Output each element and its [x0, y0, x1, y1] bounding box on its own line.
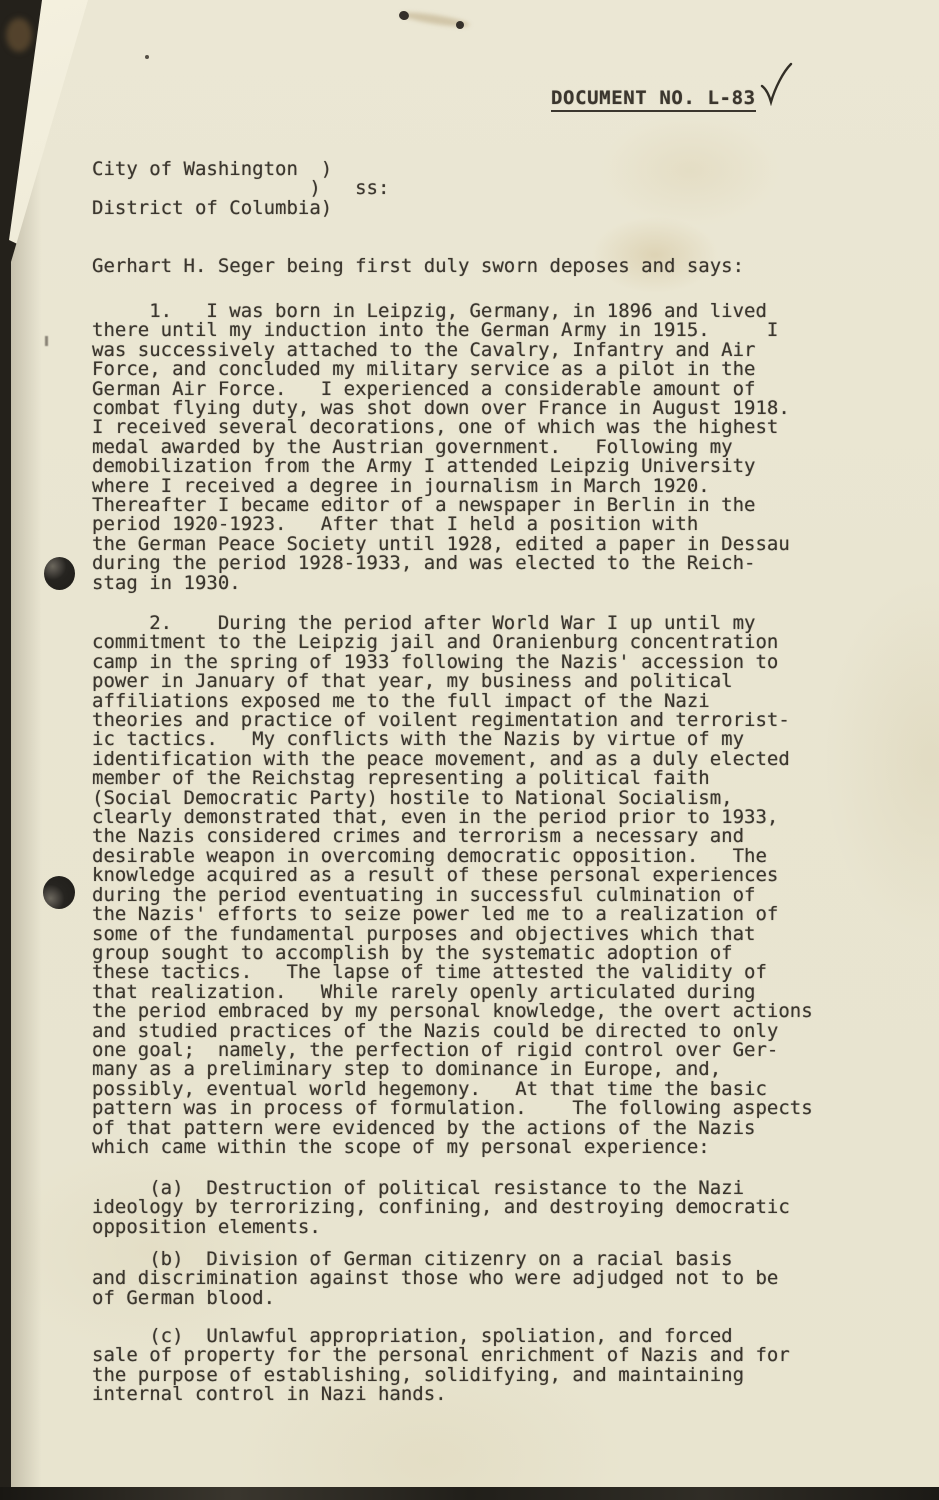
punch-hole-mark	[43, 876, 75, 909]
affidavit-paragraph-1: 1. I was born in Leipzig, Germany, in 18…	[92, 302, 790, 593]
affidavit-paragraph-b: (b) Division of German citizenry on a ra…	[92, 1250, 778, 1308]
affidavit-paragraph-c: (c) Unlawful appropriation, spoliation, …	[92, 1327, 790, 1405]
scan-bottom-edge	[0, 1487, 939, 1500]
checkmark-icon	[759, 62, 793, 106]
punch-hole-mark	[44, 557, 75, 590]
affidavit-paragraph-2: 2. During the period after World War I u…	[92, 614, 813, 1157]
document-number-heading: DOCUMENT NO. L-83	[551, 89, 756, 112]
deponent-intro-line: Gerhart H. Seger being first duly sworn …	[92, 257, 744, 276]
paper-sheet: DOCUMENT NO. L-83 City of Washington ) )…	[0, 0, 939, 1488]
affidavit-paragraph-a: (a) Destruction of political resistance …	[92, 1179, 790, 1237]
venue-block: City of Washington ) ) ss: District of C…	[92, 160, 389, 218]
scanned-affidavit-page: DOCUMENT NO. L-83 City of Washington ) )…	[0, 0, 939, 1500]
scan-edge-stain	[6, 18, 32, 52]
paper-speck	[145, 55, 149, 59]
paper-mark	[45, 336, 48, 346]
ink-spot	[456, 21, 464, 29]
